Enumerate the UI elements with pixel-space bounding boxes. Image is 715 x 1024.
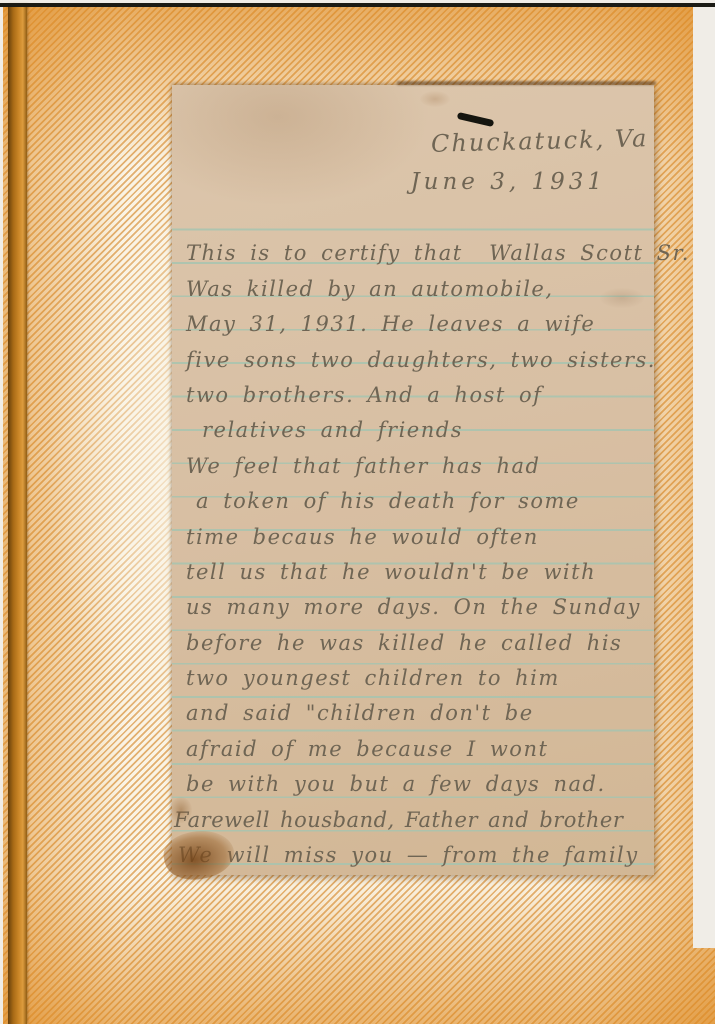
letter-line: We will miss you — from the family [178, 834, 648, 869]
letter-date-line: June 3, 1931 [410, 169, 606, 195]
book-cover-page: Chuckatuck, Va June 3, 1931 This is to c… [3, 4, 715, 1024]
letter-line: and said "children don't be [186, 692, 648, 727]
stain [420, 91, 450, 107]
scan-edge-line [0, 3, 715, 7]
letter-line: five sons two daughters, two sisters. [186, 338, 648, 373]
scanner-background [693, 0, 715, 948]
paper-edge-shadow [397, 81, 656, 85]
letter-line: time becaus he would often [186, 515, 648, 550]
letter-line: two brothers. And a host of [186, 374, 648, 409]
stain [600, 288, 644, 308]
letter-line: before he was killed he called his [186, 621, 648, 656]
letter-line: Farewell housband, Father and brother [174, 798, 648, 833]
letter-line: May 31, 1931. He leaves a wife [186, 303, 648, 338]
letter-line: afraid of me because I wont [186, 727, 648, 762]
letter-line: be with you but a few days nad. [186, 763, 648, 798]
letter-place-line: Chuckatuck, Va [430, 124, 648, 158]
letter-line: us many more days. On the Sunday [186, 586, 648, 621]
letter-line: This is to certify that Wallas Scott Sr. [186, 232, 648, 267]
letter-line: a token of his death for some [186, 480, 648, 515]
letter-line: We feel that father has had [186, 444, 648, 479]
book-spine-edge [8, 4, 27, 1024]
letter-body: This is to certify that Wallas Scott Sr.… [186, 232, 648, 869]
handwritten-letter: Chuckatuck, Va June 3, 1931 This is to c… [172, 85, 654, 875]
letter-line: two youngest children to him [186, 657, 648, 692]
letter-line: relatives and friends [186, 409, 648, 444]
letter-line: Was killed by an automobile, [186, 267, 648, 302]
stain [170, 797, 192, 823]
ink-dash-mark [457, 112, 495, 127]
letter-line: tell us that he wouldn't be with [186, 551, 648, 586]
